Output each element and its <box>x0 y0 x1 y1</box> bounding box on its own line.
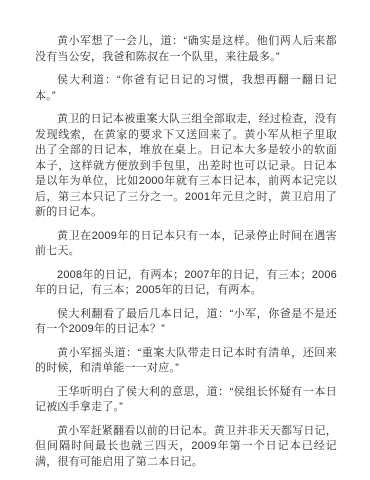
document-page: 黄小军想了一会儿，道：“确实是这样。他们两人后来都没有当公安，我爸和陈叔在一个队… <box>0 0 370 480</box>
paragraph: 侯大利道：“你爸有记日记的习惯，我想再翻一翻日记本。” <box>35 73 337 104</box>
paragraph: 黄卫在2009年的日记本只有一本，记录停止时间在遇害前七天。 <box>35 229 337 260</box>
paragraph: 黄小军摇头道：“重案大队带走日记本时有清单，还回来的时候，和清单能一一对应。” <box>35 346 337 377</box>
paragraph: 黄小军赶紧翻看以前的日记本。黄卫并非天天都写日记，但间隔时间最长也就三四天，20… <box>35 424 337 471</box>
paragraph: 侯大利翻看了最后几本日记，道：“小军，你爸是不是还有一个2009年的日记本？” <box>35 307 337 338</box>
paragraph: 黄小军想了一会儿，道：“确实是这样。他们两人后来都没有当公安，我爸和陈叔在一个队… <box>35 34 337 65</box>
paragraph: 王华听明白了侯大利的意思，道：“侯组长怀疑有一本日记被凶手拿走了。” <box>35 385 337 416</box>
paragraph: 2008年的日记，有两本；2007年的日记，有三本；2006年的日记，有三本；2… <box>35 268 337 299</box>
paragraph: 黄卫的日记本被重案大队三组全部取走，经过检查，没有发现线索，在黄家的要求下又送回… <box>35 112 337 221</box>
